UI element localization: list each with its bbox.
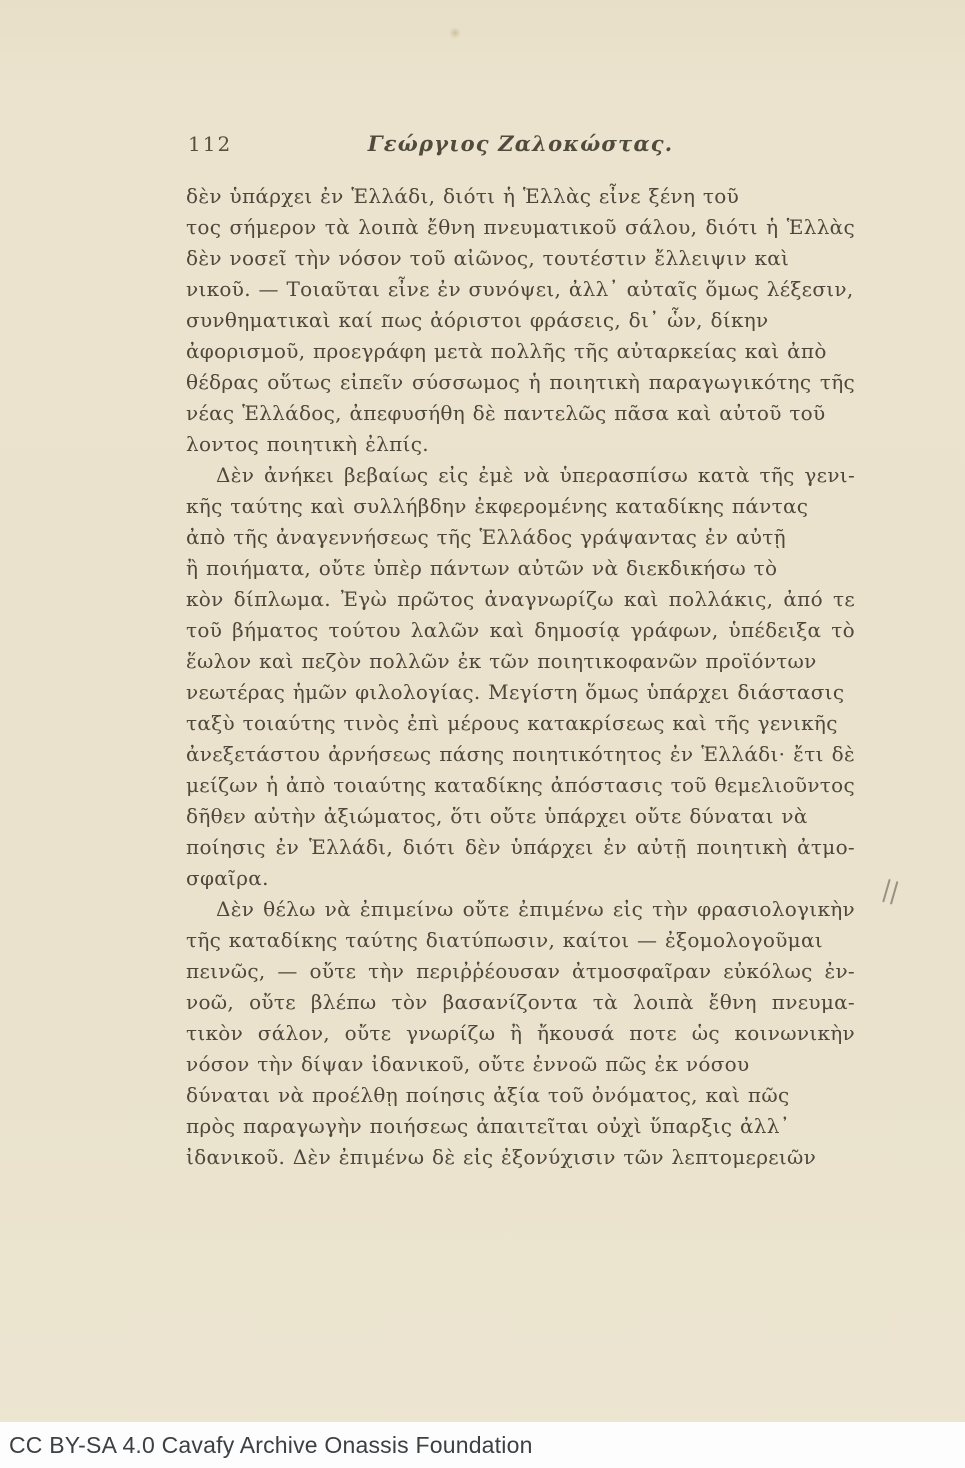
- text-line: νικοῦ. — Τοιαῦται εἶνε ἐν συνόψει, ἀλλ᾽ …: [186, 274, 855, 305]
- text-line: νεωτέρας ἡμῶν φιλολογίας. Μεγίστη ὅμως ὑ…: [186, 677, 855, 708]
- text-line: κὸν δίπλωμα. Ἐγὼ πρῶτος ἀναγνωρίζω καὶ π…: [186, 584, 855, 615]
- page-number: 112: [188, 132, 232, 156]
- text-line: ἢ ποιήματα, οὔτε ὑπὲρ πάντων αὐτῶν νὰ δι…: [186, 553, 855, 584]
- running-header: Γεώργιος Ζαλοκώστας.: [186, 131, 855, 156]
- text-line: δὲν ὑπάρχει ἐν Ἑλλάδι, διότι ἡ Ἑλλὰς εἶν…: [186, 181, 855, 212]
- text-line: ἀπὸ τῆς ἀναγεννήσεως τῆς Ἑλλάδος γράψαντ…: [186, 522, 855, 553]
- text-line: πεινῶς, — οὔτε τὴν περιῤῥέουσαν ἀτμοσφαῖ…: [186, 956, 855, 987]
- text-line: ταξὺ τοιαύτης τινὸς ἐπὶ μέρους κατακρίσε…: [186, 708, 855, 739]
- license-text: CC BY-SA 4.0 Cavafy Archive Onassis Foun…: [9, 1422, 965, 1468]
- pencil-margin-mark: [876, 876, 905, 911]
- text-line: ἀνεξετάστου ἀρνήσεως πάσης ποιητικότητος…: [186, 739, 855, 770]
- pencil-stroke: [882, 879, 891, 903]
- paragraph: δὲν ὑπάρχει ἐν Ἑλλάδι, διότι ἡ Ἑλλὰς εἶν…: [186, 181, 855, 460]
- text-line: ἀφορισμοῦ, προεγράφη μετὰ πολλῆς τῆς αὐτ…: [186, 336, 855, 367]
- text-line: ἰδανικοῦ. Δὲν ἐπιμένω δὲ εἰς ἐξονύχισιν …: [186, 1142, 855, 1173]
- text-line: νόσον τὴν δίψαν ἰδανικοῦ, οὔτε ἐννοῶ πῶς…: [186, 1049, 855, 1080]
- scanned-book-page: 112 Γεώργιος Ζαλοκώστας. δὲν ὑπάρχει ἐν …: [0, 0, 965, 1468]
- text-line: λοντος ποιητικὴ ἐλπίς.: [186, 429, 855, 460]
- text-line: Δὲν θέλω νὰ ἐπιμείνω οὔτε ἐπιμένω εἰς τὴ…: [186, 894, 855, 925]
- paragraph: Δὲν θέλω νὰ ἐπιμείνω οὔτε ἐπιμένω εἰς τὴ…: [186, 894, 855, 1173]
- text-line: τικὸν σάλον, οὔτε γνωρίζω ἢ ἤκουσά ποτε …: [186, 1018, 855, 1049]
- text-line: πρὸς παραγωγὴν ποιήσεως ἀπαιτεῖται οὐχὶ …: [186, 1111, 855, 1142]
- page-header: 112 Γεώργιος Ζαλοκώστας.: [186, 131, 855, 159]
- text-line: τοῦ βήματος τούτου λαλῶν καὶ δημοσίᾳ γρά…: [186, 615, 855, 646]
- text-line: δῆθεν αὐτὴν ἀξιώματος, ὅτι οὔτε ὑπάρχει …: [186, 801, 855, 832]
- text-line: συνθηματικαὶ καί πως ἀόριστοι φράσεις, δ…: [186, 305, 855, 336]
- text-block: δὲν ὑπάρχει ἐν Ἑλλάδι, διότι ἡ Ἑλλὰς εἶν…: [186, 181, 855, 1173]
- pencil-stroke: [890, 881, 899, 905]
- text-line: δύναται νὰ προέλθῃ ποίησις ἀξία τοῦ ὀνόμ…: [186, 1080, 855, 1111]
- text-line: Δὲν ἀνήκει βεβαίως εἰς ἐμὲ νὰ ὑπερασπίσω…: [186, 460, 855, 491]
- text-line: ποίησις ἐν Ἑλλάδι, διότι δὲν ὑπάρχει ἐν …: [186, 832, 855, 863]
- paragraph: Δὲν ἀνήκει βεβαίως εἰς ἐμὲ νὰ ὑπερασπίσω…: [186, 460, 855, 894]
- text-line: τῆς καταδίκης ταύτης διατύπωσιν, καίτοι …: [186, 925, 855, 956]
- license-bar: CC BY-SA 4.0 Cavafy Archive Onassis Foun…: [0, 1422, 965, 1468]
- text-line: δὲν νοσεῖ τὴν νόσον τοῦ αἰῶνος, τουτέστι…: [186, 243, 855, 274]
- text-line: ἕωλον καὶ πεζὸν πολλῶν ἐκ τῶν ποιητικοφα…: [186, 646, 855, 677]
- text-line: θέδρας οὕτως εἰπεῖν σύσσωμος ἡ ποιητικὴ …: [186, 367, 855, 398]
- text-line: σφαῖρα.: [186, 863, 855, 894]
- text-line: μείζων ἡ ἀπὸ τοιαύτης καταδίκης ἀπόστασι…: [186, 770, 855, 801]
- text-line: νοῶ, οὔτε βλέπω τὸν βασανίζοντα τὰ λοιπὰ…: [186, 987, 855, 1018]
- text-line: τος σήμερον τὰ λοιπὰ ἔθνη πνευματικοῦ σά…: [186, 212, 855, 243]
- text-line: νέας Ἑλλάδος, ἀπεφυσήθη δὲ παντελῶς πᾶσα…: [186, 398, 855, 429]
- text-line: κῆς ταύτης καὶ συλλήβδην ἐκφερομένης κατ…: [186, 491, 855, 522]
